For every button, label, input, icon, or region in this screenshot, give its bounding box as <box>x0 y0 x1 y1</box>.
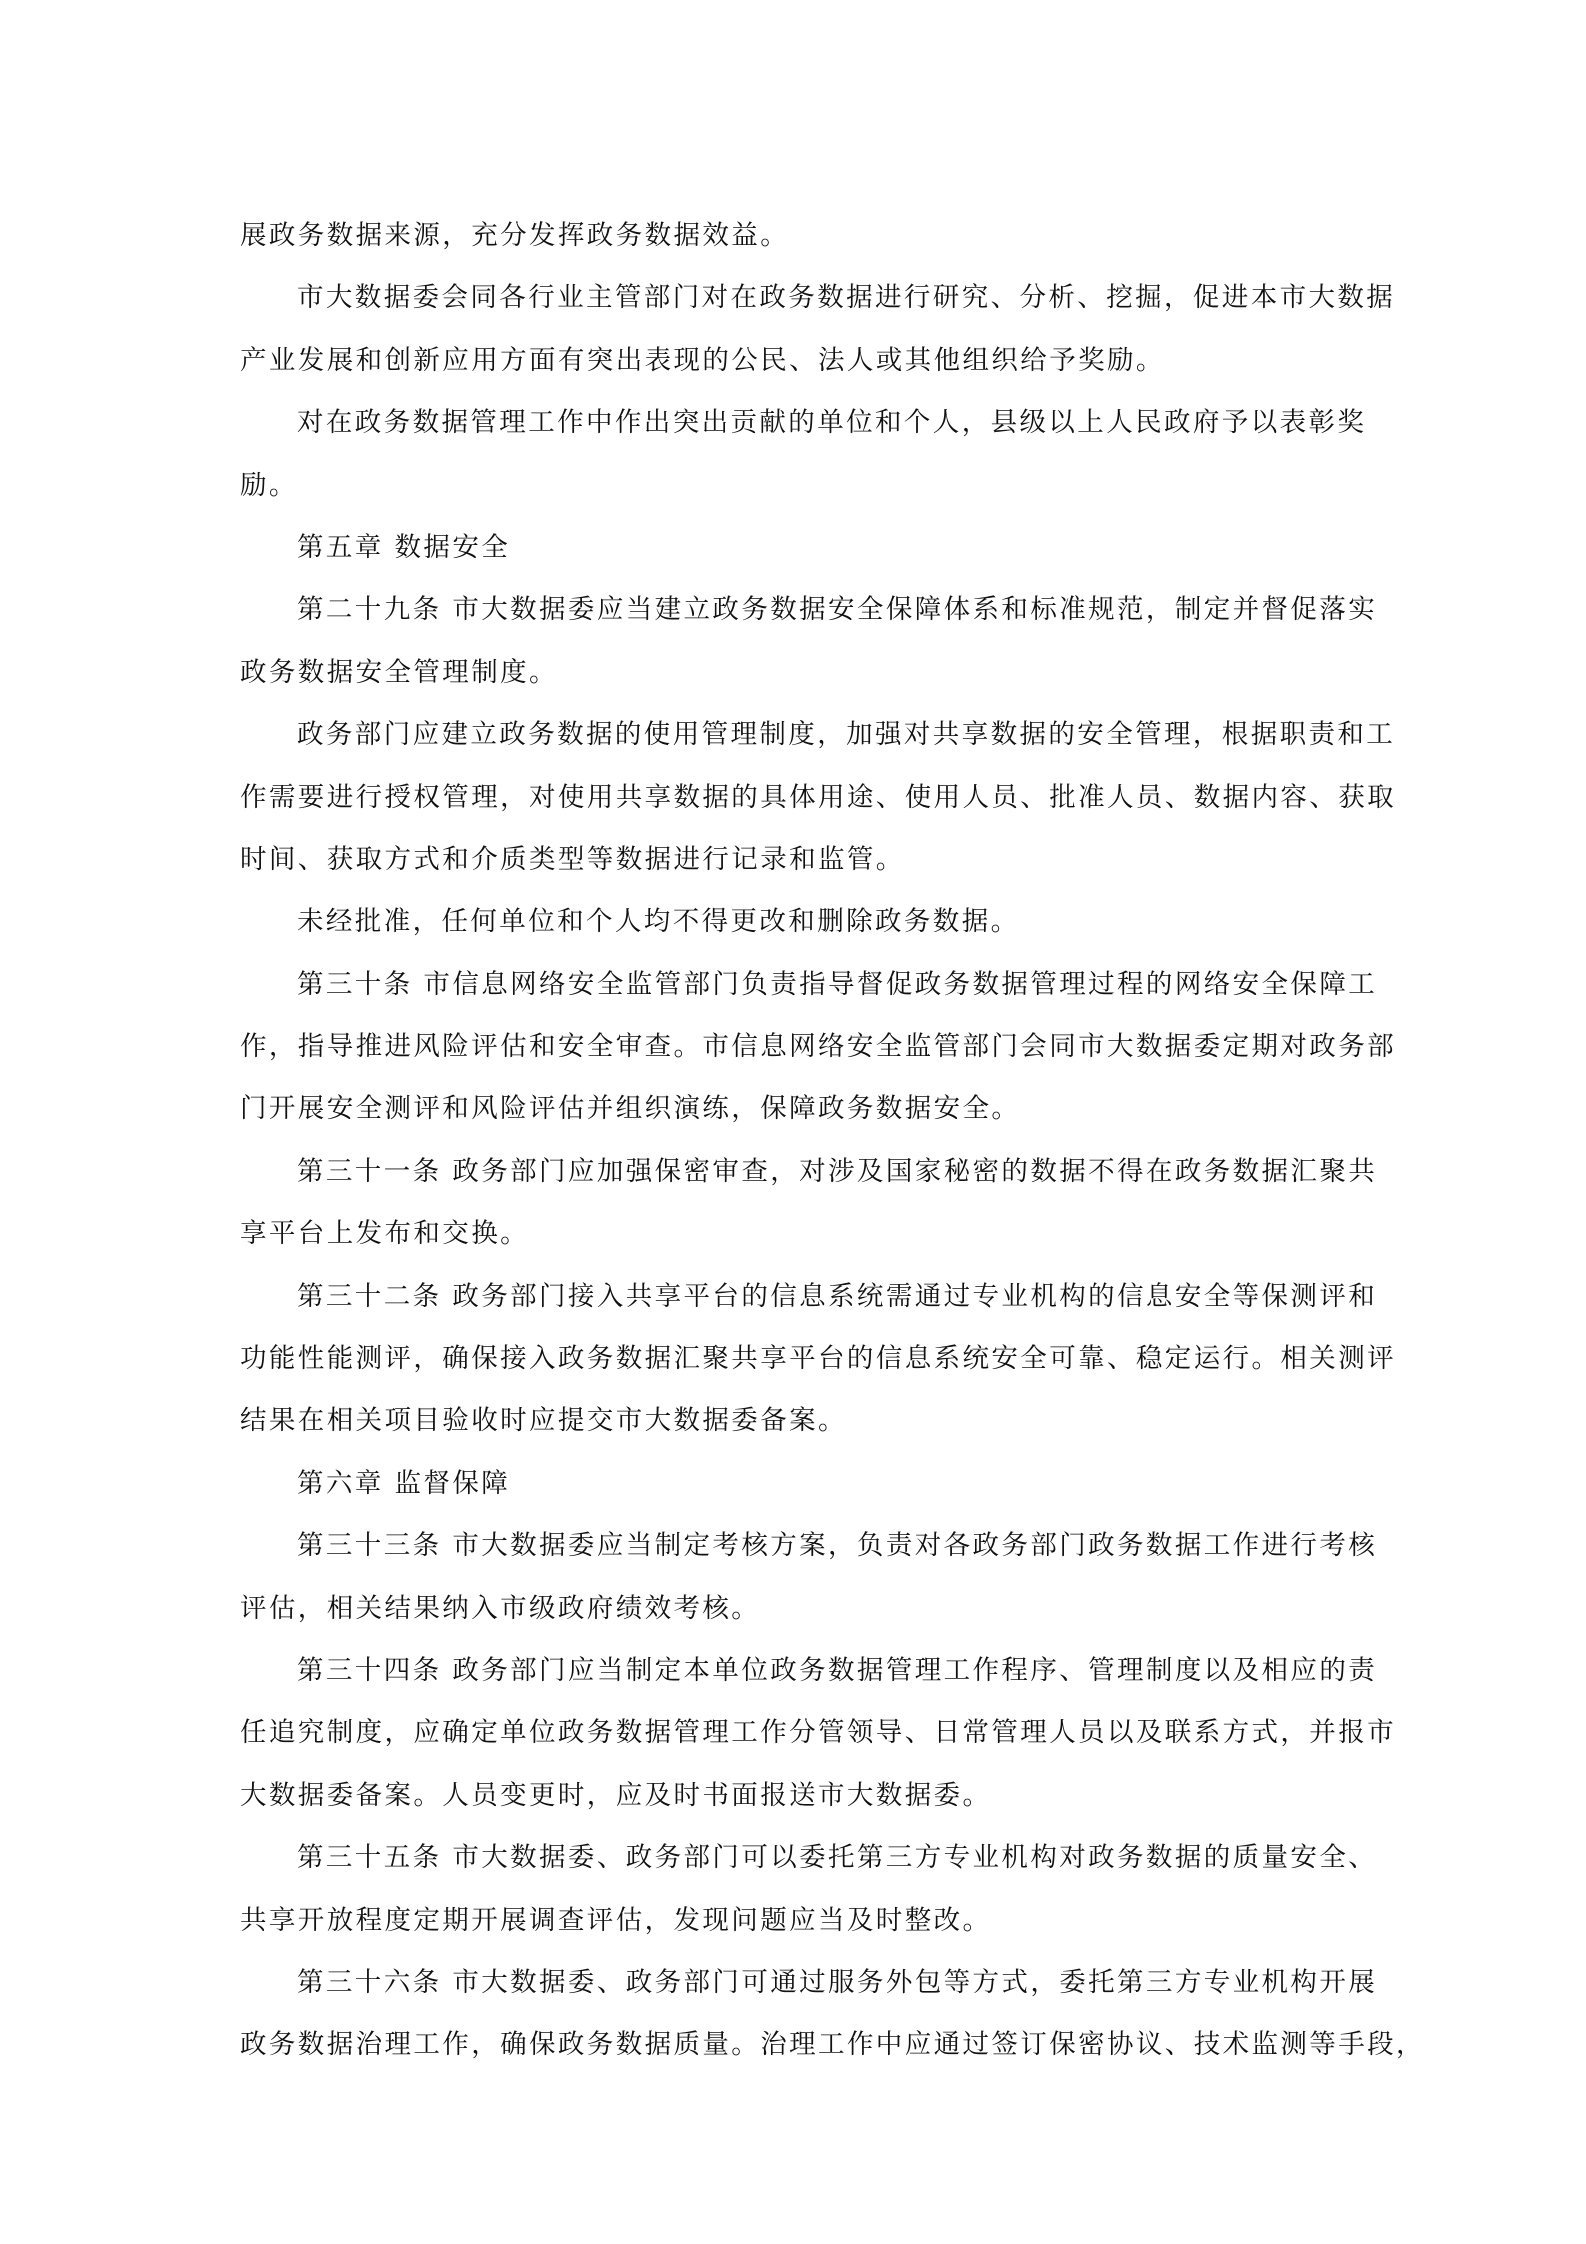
text-line: 对在政务数据管理工作中作出突出贡献的单位和个人，县级以上人民政府予以表彰奖 <box>240 392 1346 454</box>
text-line: 政务数据安全管理制度。 <box>240 642 1346 704</box>
text-line: 展政务数据来源，充分发挥政务数据效益。 <box>240 205 1346 267</box>
paragraph: 第三十六条 市大数据委、政务部门可通过服务外包等方式，委托第三方专业机构开展政务… <box>240 1952 1346 2077</box>
text-line: 大数据委备案。人员变更时，应及时书面报送市大数据委。 <box>240 1765 1346 1827</box>
chapter-heading: 第六章 监督保障 <box>240 1453 1346 1515</box>
text-line: 功能性能测评，确保接入政务数据汇聚共享平台的信息系统安全可靠、稳定运行。相关测评 <box>240 1328 1346 1390</box>
paragraph: 未经批准，任何单位和个人均不得更改和删除政务数据。 <box>240 891 1346 953</box>
paragraph: 第二十九条 市大数据委应当建立政务数据安全保障体系和标准规范，制定并督促落实政务… <box>240 579 1346 704</box>
text-line: 结果在相关项目验收时应提交市大数据委备案。 <box>240 1390 1346 1452</box>
text-line: 励。 <box>240 455 1346 517</box>
document-page: 展政务数据来源，充分发挥政务数据效益。市大数据委会同各行业主管部门对在政务数据进… <box>240 205 1346 2077</box>
text-line: 第三十二条 政务部门接入共享平台的信息系统需通过专业机构的信息安全等保测评和 <box>240 1266 1346 1328</box>
text-line: 第六章 监督保障 <box>240 1453 1346 1515</box>
text-line: 评估，相关结果纳入市级政府绩效考核。 <box>240 1578 1346 1640</box>
text-line: 市大数据委会同各行业主管部门对在政务数据进行研究、分析、挖掘，促进本市大数据 <box>240 267 1346 329</box>
text-line: 第二十九条 市大数据委应当建立政务数据安全保障体系和标准规范，制定并督促落实 <box>240 579 1346 641</box>
text-line: 第三十六条 市大数据委、政务部门可通过服务外包等方式，委托第三方专业机构开展 <box>240 1952 1346 2014</box>
paragraph: 第三十五条 市大数据委、政务部门可以委托第三方专业机构对政务数据的质量安全、共享… <box>240 1827 1346 1952</box>
paragraph: 第三十四条 政务部门应当制定本单位政务数据管理工作程序、管理制度以及相应的责任追… <box>240 1640 1346 1827</box>
paragraph: 政务部门应建立政务数据的使用管理制度，加强对共享数据的安全管理，根据职责和工作需… <box>240 704 1346 891</box>
chapter-heading: 第五章 数据安全 <box>240 517 1346 579</box>
text-line: 政务部门应建立政务数据的使用管理制度，加强对共享数据的安全管理，根据职责和工 <box>240 704 1346 766</box>
text-line: 第五章 数据安全 <box>240 517 1346 579</box>
text-line: 第三十五条 市大数据委、政务部门可以委托第三方专业机构对政务数据的质量安全、 <box>240 1827 1346 1889</box>
text-line: 第三十条 市信息网络安全监管部门负责指导督促政务数据管理过程的网络安全保障工 <box>240 954 1346 1016</box>
text-line: 任追究制度，应确定单位政务数据管理工作分管领导、日常管理人员以及联系方式，并报市 <box>240 1702 1346 1764</box>
text-line: 共享开放程度定期开展调查评估，发现问题应当及时整改。 <box>240 1890 1346 1952</box>
paragraph: 第三十三条 市大数据委应当制定考核方案，负责对各政务部门政务数据工作进行考核评估… <box>240 1515 1346 1640</box>
text-line: 第三十四条 政务部门应当制定本单位政务数据管理工作程序、管理制度以及相应的责 <box>240 1640 1346 1702</box>
paragraph: 第三十一条 政务部门应加强保密审查，对涉及国家秘密的数据不得在政务数据汇聚共享平… <box>240 1141 1346 1266</box>
text-line: 时间、获取方式和介质类型等数据进行记录和监管。 <box>240 829 1346 891</box>
document-body: 展政务数据来源，充分发挥政务数据效益。市大数据委会同各行业主管部门对在政务数据进… <box>240 205 1346 2077</box>
text-line: 第三十三条 市大数据委应当制定考核方案，负责对各政务部门政务数据工作进行考核 <box>240 1515 1346 1577</box>
text-line: 未经批准，任何单位和个人均不得更改和删除政务数据。 <box>240 891 1346 953</box>
paragraph: 对在政务数据管理工作中作出突出贡献的单位和个人，县级以上人民政府予以表彰奖励。 <box>240 392 1346 517</box>
paragraph: 展政务数据来源，充分发挥政务数据效益。 <box>240 205 1346 267</box>
text-line: 享平台上发布和交换。 <box>240 1203 1346 1265</box>
text-line: 产业发展和创新应用方面有突出表现的公民、法人或其他组织给予奖励。 <box>240 330 1346 392</box>
paragraph: 第三十条 市信息网络安全监管部门负责指导督促政务数据管理过程的网络安全保障工作，… <box>240 954 1346 1141</box>
text-line: 第三十一条 政务部门应加强保密审查，对涉及国家秘密的数据不得在政务数据汇聚共 <box>240 1141 1346 1203</box>
text-line: 作需要进行授权管理，对使用共享数据的具体用途、使用人员、批准人员、数据内容、获取 <box>240 767 1346 829</box>
text-line: 门开展安全测评和风险评估并组织演练，保障政务数据安全。 <box>240 1078 1346 1140</box>
paragraph: 市大数据委会同各行业主管部门对在政务数据进行研究、分析、挖掘，促进本市大数据产业… <box>240 267 1346 392</box>
text-line: 作，指导推进风险评估和安全审查。市信息网络安全监管部门会同市大数据委定期对政务部 <box>240 1016 1346 1078</box>
paragraph: 第三十二条 政务部门接入共享平台的信息系统需通过专业机构的信息安全等保测评和功能… <box>240 1266 1346 1453</box>
text-line: 政务数据治理工作，确保政务数据质量。治理工作中应通过签订保密协议、技术监测等手段… <box>240 2014 1346 2076</box>
